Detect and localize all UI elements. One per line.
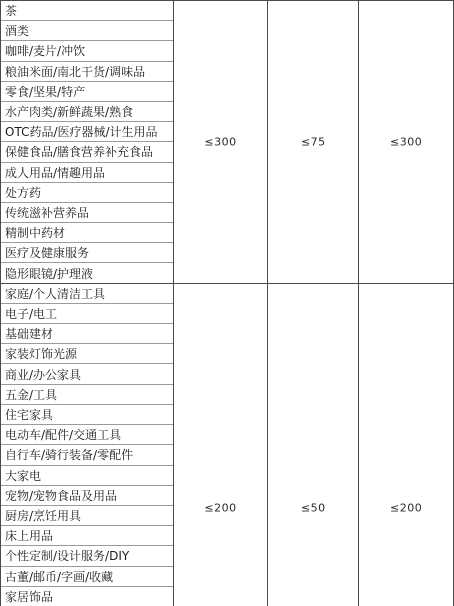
category-limit-table: 茶酒类咖啡/麦片/冲饮粮油米面/南北干货/调味品零食/坚果/特产水产肉类/新鲜蔬… [0, 0, 454, 606]
category-cell: 个性定制/设计服务/DIY [1, 546, 173, 566]
category-cell: 医疗及健康服务 [1, 243, 173, 263]
category-cell: 茶 [1, 1, 173, 21]
category-cell: 酒类 [1, 21, 173, 41]
category-cell: 厨房/烹饪用具 [1, 506, 173, 526]
category-column: 茶酒类咖啡/麦片/冲饮粮油米面/南北干货/调味品零食/坚果/特产水产肉类/新鲜蔬… [1, 1, 173, 283]
limit-value: ≤300 [359, 136, 453, 149]
category-cell: 粮油米面/南北干货/调味品 [1, 62, 173, 82]
category-cell: 家庭/个人清洁工具 [1, 284, 173, 304]
table-screenshot-region: 茶酒类咖啡/麦片/冲饮粮油米面/南北干货/调味品零食/坚果/特产水产肉类/新鲜蔬… [0, 0, 454, 606]
category-cell: 成人用品/情趣用品 [1, 163, 173, 183]
category-column: 家庭/个人清洁工具电子/电工基础建材家装灯饰光源商业/办公家具五金/工具住宅家具… [1, 284, 173, 606]
category-cell: 零食/坚果/特产 [1, 82, 173, 102]
category-cell: OTC药品/医疗器械/计生用品 [1, 122, 173, 142]
category-cell: 精制中药材 [1, 223, 173, 243]
limit-value: ≤300 [174, 136, 268, 149]
category-cell: 床上用品 [1, 526, 173, 546]
limit-column-1: ≤200 [173, 284, 268, 606]
category-cell: 商业/办公家具 [1, 364, 173, 384]
limit-column-3: ≤300 [358, 1, 453, 283]
category-cell: 大家电 [1, 466, 173, 486]
limit-value: ≤75 [268, 136, 358, 149]
limit-value: ≤200 [174, 501, 268, 514]
category-cell: 基础建材 [1, 324, 173, 344]
category-cell: 电动车/配件/交通工具 [1, 425, 173, 445]
category-cell: 保健食品/膳食营养补充食品 [1, 142, 173, 162]
limit-value: ≤200 [359, 501, 453, 514]
limit-value: ≤50 [268, 501, 358, 514]
category-cell: 五金/工具 [1, 385, 173, 405]
limit-column-3: ≤200 [358, 284, 453, 606]
table-group-1: 茶酒类咖啡/麦片/冲饮粮油米面/南北干货/调味品零食/坚果/特产水产肉类/新鲜蔬… [1, 1, 453, 284]
category-cell: 传统滋补营养品 [1, 203, 173, 223]
category-cell: 住宅家具 [1, 405, 173, 425]
category-cell: 自行车/骑行装备/零配件 [1, 445, 173, 465]
table-group-2: 家庭/个人清洁工具电子/电工基础建材家装灯饰光源商业/办公家具五金/工具住宅家具… [1, 284, 453, 606]
category-cell: 水产肉类/新鲜蔬果/熟食 [1, 102, 173, 122]
limit-column-2: ≤50 [267, 284, 358, 606]
category-cell: 古董/邮币/字画/收藏 [1, 567, 173, 587]
category-cell: 隐形眼镜/护理液 [1, 263, 173, 282]
category-cell: 电子/电工 [1, 304, 173, 324]
limit-column-1: ≤300 [173, 1, 268, 283]
category-cell: 咖啡/麦片/冲饮 [1, 41, 173, 61]
limit-column-2: ≤75 [267, 1, 358, 283]
category-cell: 家居饰品 [1, 587, 173, 606]
category-cell: 处方药 [1, 183, 173, 203]
category-cell: 宠物/宠物食品及用品 [1, 486, 173, 506]
category-cell: 家装灯饰光源 [1, 344, 173, 364]
